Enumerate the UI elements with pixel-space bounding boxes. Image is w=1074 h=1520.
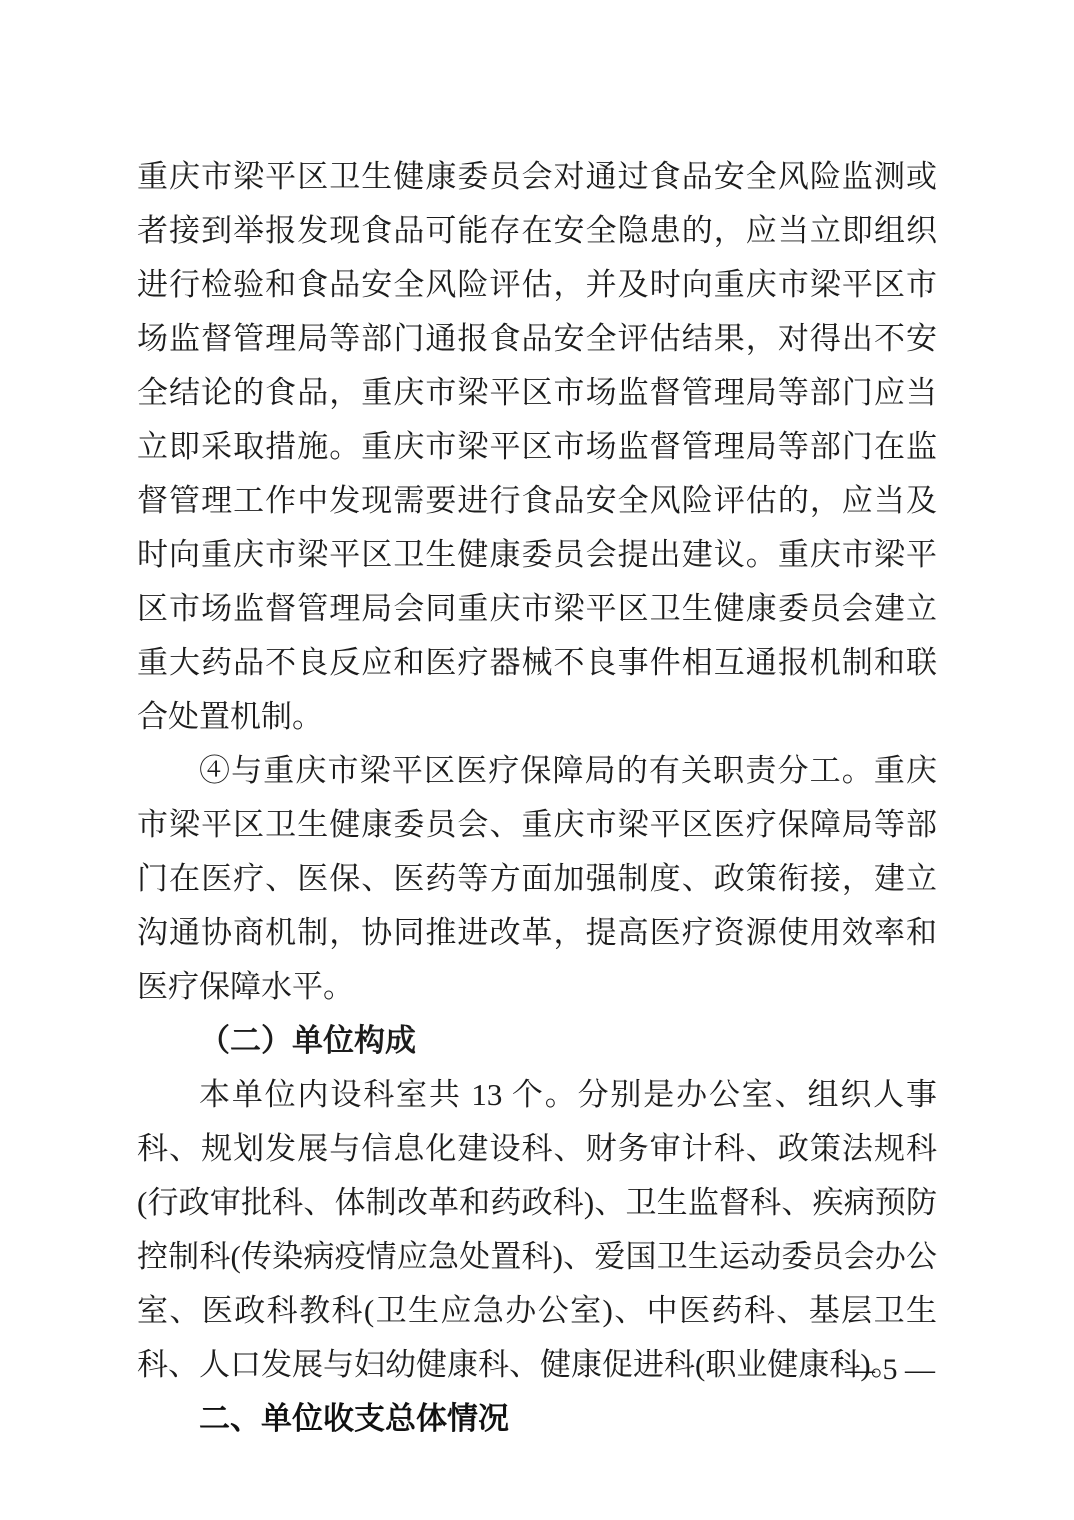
subsection-heading-unit-composition: （二）单位构成 bbox=[137, 1014, 937, 1068]
page-number: — 5 — bbox=[845, 1350, 935, 1390]
paragraph-food-safety-risk: 重庆市梁平区卫生健康委员会对通过食品安全风险监测或者接到举报发现食品可能存在安全… bbox=[137, 150, 937, 744]
document-page: 重庆市梁平区卫生健康委员会对通过食品安全风险监测或者接到举报发现食品可能存在安全… bbox=[0, 0, 1074, 1520]
section-heading-revenue-expenditure-overview: 二、单位收支总体情况 bbox=[137, 1392, 937, 1446]
paragraph-medical-insurance-duties: ④与重庆市梁平区医疗保障局的有关职责分工。重庆市梁平区卫生健康委员会、重庆市梁平… bbox=[137, 744, 937, 1014]
paragraph-internal-departments: 本单位内设科室共 13 个。分别是办公室、组织人事科、规划发展与信息化建设科、财… bbox=[137, 1068, 937, 1392]
document-body: 重庆市梁平区卫生健康委员会对通过食品安全风险监测或者接到举报发现食品可能存在安全… bbox=[137, 150, 937, 1446]
